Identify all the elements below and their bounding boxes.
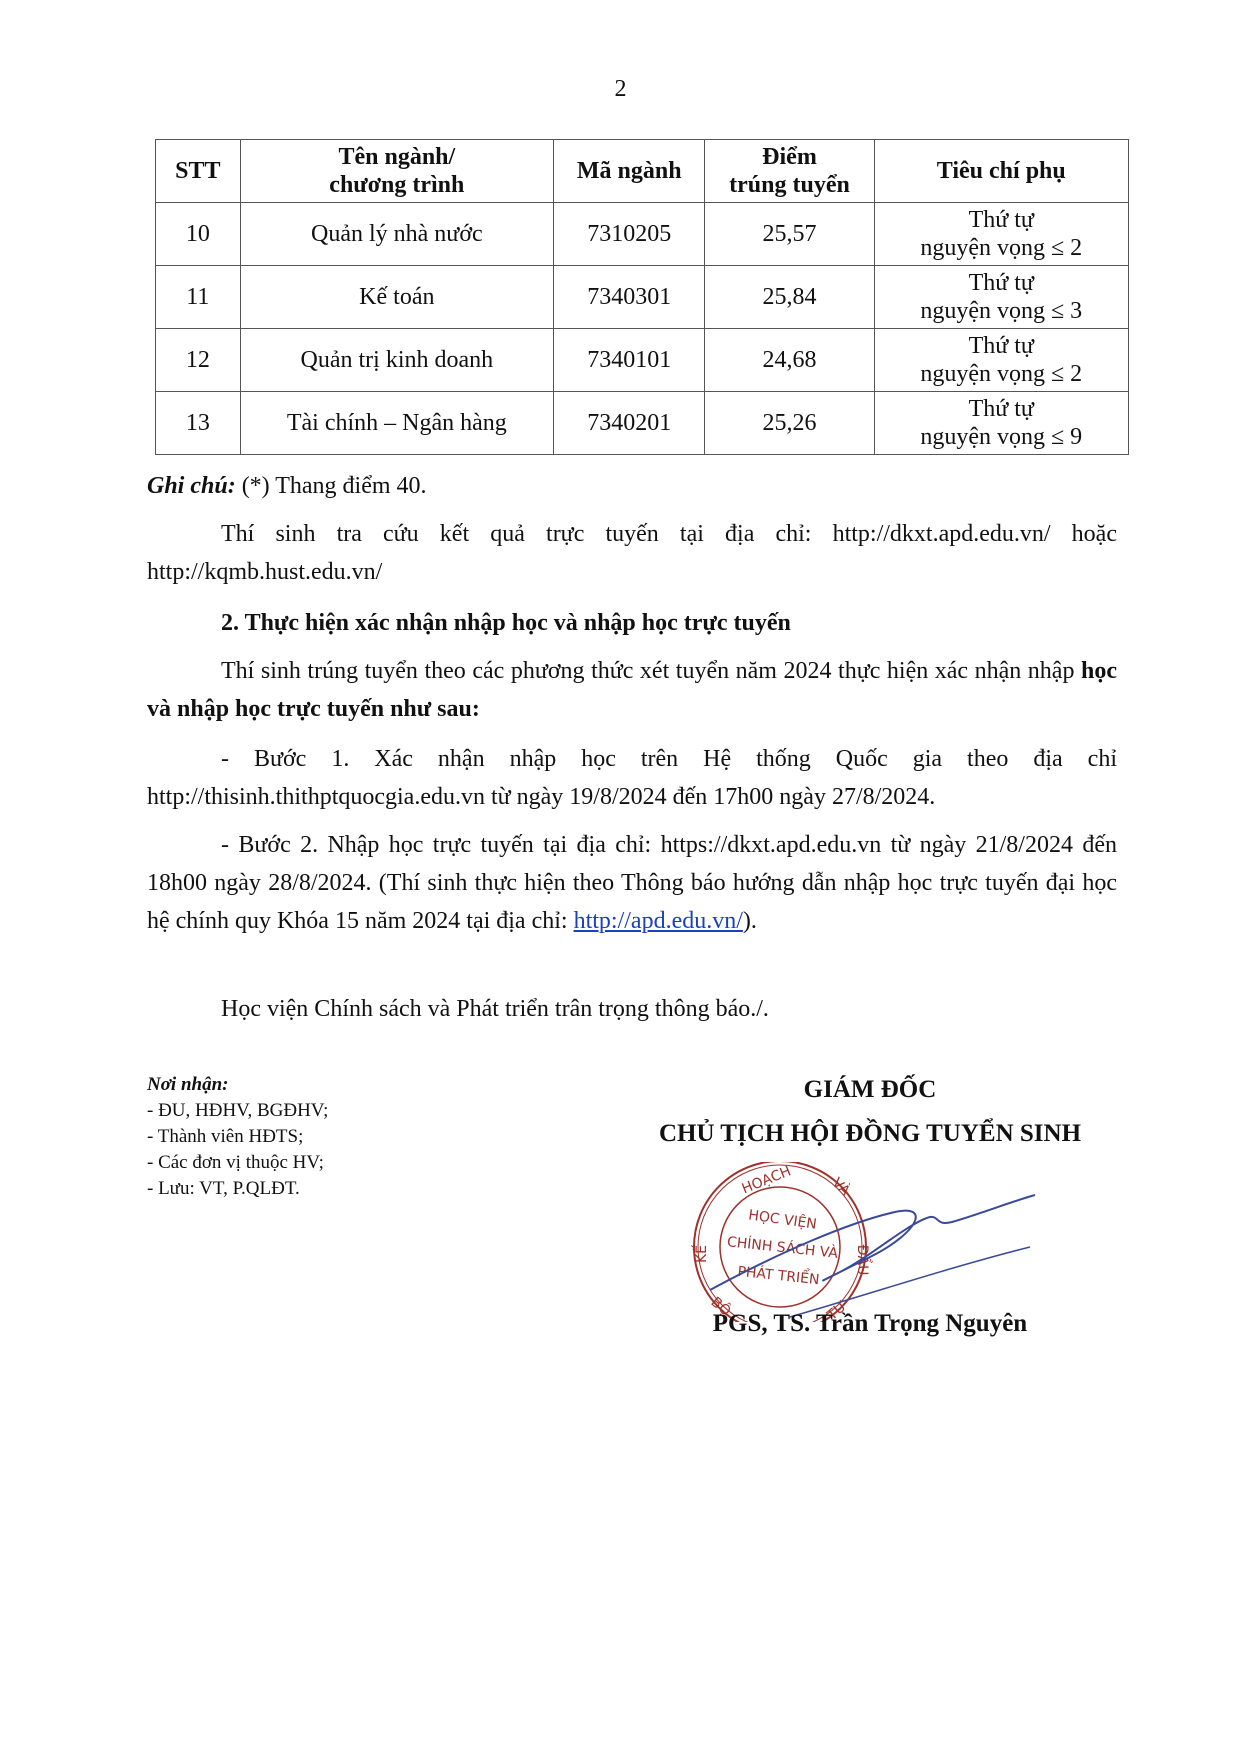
cell-program-name: Tài chính – Ngân hàng <box>240 392 553 455</box>
cell-secondary-criteria: Thứ tựnguyện vọng ≤ 9 <box>874 392 1128 455</box>
official-stamp-icon: HOẠCHVÀKẾĐẦUBỘTƯHỌC VIỆNCHÍNH SÁCH VÀPHÁ… <box>690 1162 1050 1322</box>
page-number: 2 <box>0 76 1241 103</box>
section-2-heading: 2. Thực hiện xác nhận nhập học và nhập h… <box>147 604 1117 642</box>
section-2-intro: Thí sinh trúng tuyển theo các phương thứ… <box>147 652 1117 728</box>
cell-admission-score: 25,26 <box>705 392 874 455</box>
step-2-paragraph: - Bước 2. Nhập học trực tuyến tại địa ch… <box>147 826 1117 940</box>
criteria-line: Thứ tự <box>879 332 1124 360</box>
header-score-line2: trúng tuyển <box>709 171 869 199</box>
cell-program-name: Quản trị kinh doanh <box>240 329 553 392</box>
svg-text:CHÍNH SÁCH VÀ: CHÍNH SÁCH VÀ <box>726 1233 839 1262</box>
admission-score-table: STT Tên ngành/ chương trình Mã ngành Điể… <box>155 139 1129 455</box>
cell-program-code: 7310205 <box>554 203 705 266</box>
note: Ghi chú: (*) Thang điểm 40. <box>147 467 1117 505</box>
header-secondary-criteria: Tiêu chí phụ <box>874 140 1128 203</box>
header-program-name-line2: chương trình <box>245 171 549 199</box>
step-2-end: ). <box>743 908 757 934</box>
header-score-line1: Điểm <box>709 143 869 171</box>
recipients-title: Nơi nhận: <box>147 1072 328 1098</box>
cell-program-code: 7340301 <box>554 266 705 329</box>
header-program-code: Mã ngành <box>554 140 705 203</box>
header-program-name: Tên ngành/ chương trình <box>240 140 553 203</box>
cell-secondary-criteria: Thứ tựnguyện vọng ≤ 3 <box>874 266 1128 329</box>
criteria-line: Thứ tự <box>879 269 1124 297</box>
recipient-item: - Thành viên HĐTS; <box>147 1124 328 1150</box>
step-1-paragraph: - Bước 1. Xác nhận nhập học trên Hệ thốn… <box>147 740 1117 816</box>
cell-stt: 11 <box>156 266 241 329</box>
cell-program-name: Kế toán <box>240 266 553 329</box>
header-stt: STT <box>156 140 241 203</box>
cell-stt: 10 <box>156 203 241 266</box>
header-admission-score: Điểm trúng tuyển <box>705 140 874 203</box>
closing-paragraph: Học viện Chính sách và Phát triển trân t… <box>147 990 1117 1028</box>
signer-role-chair: CHỦ TỊCH HỘI ĐỒNG TUYỂN SINH <box>640 1112 1100 1156</box>
criteria-line: nguyện vọng ≤ 3 <box>879 297 1124 325</box>
criteria-line: nguyện vọng ≤ 2 <box>879 360 1124 388</box>
cell-stt: 12 <box>156 329 241 392</box>
recipients-block: Nơi nhận: - ĐU, HĐHV, BGĐHV; - Thành viê… <box>147 1072 328 1202</box>
cell-admission-score: 25,84 <box>705 266 874 329</box>
recipient-item: - Lưu: VT, P.QLĐT. <box>147 1176 328 1202</box>
header-program-name-line1: Tên ngành/ <box>245 143 549 171</box>
svg-text:KẾ: KẾ <box>691 1245 710 1263</box>
cell-secondary-criteria: Thứ tựnguyện vọng ≤ 2 <box>874 329 1128 392</box>
table-row: 13Tài chính – Ngân hàng734020125,26Thứ t… <box>156 392 1129 455</box>
criteria-line: Thứ tự <box>879 395 1124 423</box>
table-row: 11Kế toán734030125,84Thứ tựnguyện vọng ≤… <box>156 266 1129 329</box>
cell-program-code: 7340201 <box>554 392 705 455</box>
svg-text:PHÁT TRIỂN: PHÁT TRIỂN <box>737 1261 821 1288</box>
note-label: Ghi chú: <box>147 473 236 499</box>
apd-link[interactable]: http://apd.edu.vn/ <box>574 908 743 934</box>
table-row: 10Quản lý nhà nước731020525,57Thứ tựnguy… <box>156 203 1129 266</box>
cell-admission-score: 25,57 <box>705 203 874 266</box>
recipient-item: - Các đơn vị thuộc HV; <box>147 1150 328 1176</box>
cell-admission-score: 24,68 <box>705 329 874 392</box>
recipient-item: - ĐU, HĐHV, BGĐHV; <box>147 1098 328 1124</box>
table-row: 12Quản trị kinh doanh734010124,68Thứ tựn… <box>156 329 1129 392</box>
criteria-line: nguyện vọng ≤ 2 <box>879 234 1124 262</box>
cell-program-code: 7340101 <box>554 329 705 392</box>
cell-program-name: Quản lý nhà nước <box>240 203 553 266</box>
criteria-line: Thứ tự <box>879 206 1124 234</box>
signer-role-director: GIÁM ĐỐC <box>640 1068 1100 1112</box>
lookup-paragraph: Thí sinh tra cứu kết quả trực tuyến tại … <box>147 515 1117 591</box>
stamp-and-signature: HOẠCHVÀKẾĐẦUBỘTƯHỌC VIỆNCHÍNH SÁCH VÀPHÁ… <box>690 1162 1050 1322</box>
intro-plain: Thí sinh trúng tuyển theo các phương thứ… <box>221 658 1081 684</box>
cell-secondary-criteria: Thứ tựnguyện vọng ≤ 2 <box>874 203 1128 266</box>
cell-stt: 13 <box>156 392 241 455</box>
signature-block: GIÁM ĐỐC CHỦ TỊCH HỘI ĐỒNG TUYỂN SINH <box>640 1068 1100 1156</box>
table-header-row: STT Tên ngành/ chương trình Mã ngành Điể… <box>156 140 1129 203</box>
svg-text:HỌC VIỆN: HỌC VIỆN <box>747 1205 818 1232</box>
criteria-line: nguyện vọng ≤ 9 <box>879 423 1124 451</box>
signer-name: PGS, TS. Trần Trọng Nguyên <box>640 1310 1100 1338</box>
note-text: (*) Thang điểm 40. <box>236 473 427 499</box>
